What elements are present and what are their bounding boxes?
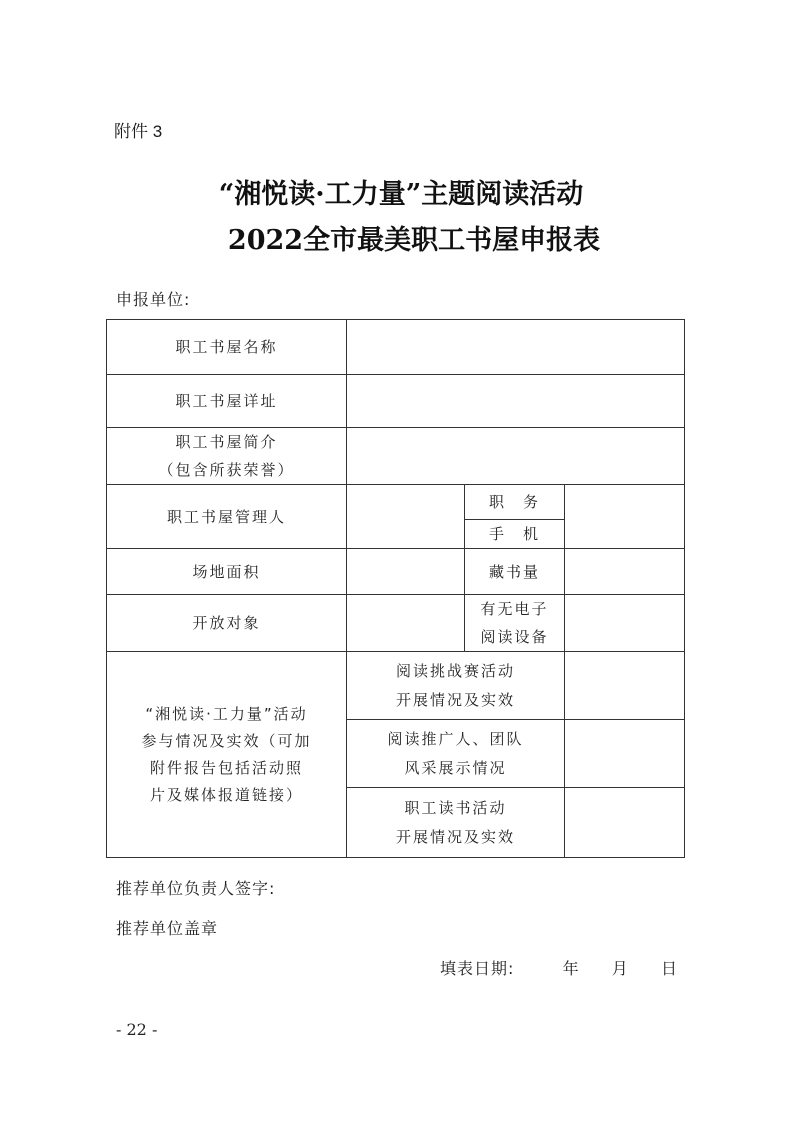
address-label: 职工书屋详址	[107, 375, 347, 428]
promoter-label-line2: 风采展示情况	[347, 754, 564, 783]
activity-label: “湘悦读·工力量”活动 参与情况及实效（可加 附件报告包括活动照 片及媒体报道链…	[107, 652, 347, 858]
staff-reading-value-cell[interactable]	[565, 788, 685, 858]
intro-label-line1: 职工书屋简介	[107, 428, 346, 456]
fill-date-year: 年	[563, 959, 580, 978]
fill-date-day: 日	[661, 959, 678, 978]
fill-date: 填表日期: 年 月 日	[440, 956, 678, 979]
intro-value-cell[interactable]	[347, 428, 685, 485]
table-row: 场地面积 藏书量	[107, 549, 685, 595]
manager-value-cell[interactable]	[347, 485, 465, 549]
position-label: 职 务	[465, 485, 565, 520]
area-value-cell[interactable]	[347, 549, 465, 595]
fill-date-month: 月	[612, 959, 629, 978]
signature-label: 推荐单位负责人签字:	[116, 876, 275, 899]
staff-reading-label-line1: 职工读书活动	[347, 794, 564, 823]
collection-value-cell[interactable]	[565, 549, 685, 595]
table-row: 开放对象 有无电子 阅读设备	[107, 595, 685, 652]
challenge-label: 阅读挑战赛活动 开展情况及实效	[347, 652, 565, 720]
document-title-line1: “湘悦读·工力量”主题阅读活动	[0, 172, 792, 211]
intro-label-line2: （包含所获荣誉）	[107, 456, 346, 484]
collection-label: 藏书量	[465, 549, 565, 595]
fill-date-label: 填表日期:	[440, 959, 514, 978]
staff-reading-label: 职工读书活动 开展情况及实效	[347, 788, 565, 858]
promoter-label-line1: 阅读推广人、团队	[347, 725, 564, 754]
document-title-line2: 2022全市最美职工书屋申报表	[0, 218, 792, 257]
table-row: 职工书屋名称	[107, 320, 685, 375]
challenge-label-line2: 开展情况及实效	[347, 686, 564, 715]
activity-label-line2: 参与情况及实效（可加	[107, 728, 346, 755]
address-value-cell[interactable]	[347, 375, 685, 428]
manager-label: 职工书屋管理人	[107, 485, 347, 549]
activity-label-line1: “湘悦读·工力量”活动	[107, 701, 346, 728]
challenge-value-cell[interactable]	[565, 652, 685, 720]
seal-label: 推荐单位盖章	[116, 916, 218, 939]
applicant-unit-label: 申报单位:	[116, 287, 190, 310]
phone-label: 手 机	[465, 520, 565, 549]
table-row: 职工书屋详址	[107, 375, 685, 428]
name-value-cell[interactable]	[347, 320, 685, 375]
challenge-label-line1: 阅读挑战赛活动	[347, 657, 564, 686]
promoter-value-cell[interactable]	[565, 720, 685, 788]
ereader-label-line2: 阅读设备	[465, 623, 564, 651]
ereader-value-cell[interactable]	[565, 595, 685, 652]
activity-label-line4: 片及媒体报道链接）	[107, 782, 346, 809]
audience-value-cell[interactable]	[347, 595, 465, 652]
audience-label: 开放对象	[107, 595, 347, 652]
table-row: 职工书屋简介 （包含所获荣誉）	[107, 428, 685, 485]
table-row: 职工书屋管理人 职 务	[107, 485, 685, 520]
ereader-label: 有无电子 阅读设备	[465, 595, 565, 652]
table-row: “湘悦读·工力量”活动 参与情况及实效（可加 附件报告包括活动照 片及媒体报道链…	[107, 652, 685, 720]
position-phone-value-cell[interactable]	[565, 485, 685, 549]
attachment-label: 附件 3	[114, 117, 162, 142]
application-form-table: 职工书屋名称 职工书屋详址 职工书屋简介 （包含所获荣誉） 职工书屋管理人 职 …	[106, 319, 685, 858]
area-label: 场地面积	[107, 549, 347, 595]
intro-label: 职工书屋简介 （包含所获荣誉）	[107, 428, 347, 485]
promoter-label: 阅读推广人、团队 风采展示情况	[347, 720, 565, 788]
name-label: 职工书屋名称	[107, 320, 347, 375]
staff-reading-label-line2: 开展情况及实效	[347, 823, 564, 852]
ereader-label-line1: 有无电子	[465, 595, 564, 623]
page-number: - 22 -	[116, 1020, 157, 1039]
activity-label-line3: 附件报告包括活动照	[107, 755, 346, 782]
